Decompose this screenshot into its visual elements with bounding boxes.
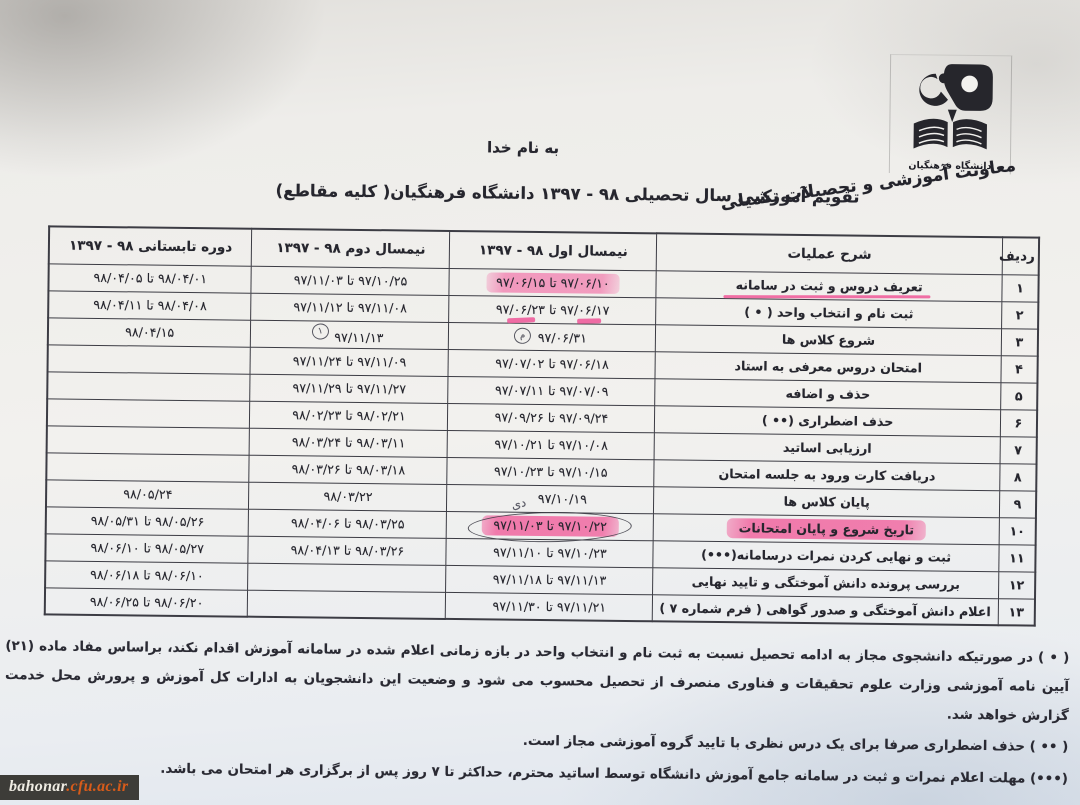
cell-operation: حذف اضطراری (•• ) <box>655 405 1001 436</box>
cell-semester2-dates: ۹۸/۰۳/۲۶ تا ۹۸/۰۴/۱۳ <box>248 536 446 565</box>
cell-summer-dates-text: ۹۸/۰۴/۱۵ <box>121 323 178 341</box>
cell-semester1-dates-text: ۹۷/۱۱/۱۳ تا ۹۷/۱۱/۱۸ <box>489 570 611 588</box>
cell-semester2-dates: ۹۸/۰۳/۲۵ تا ۹۸/۰۴/۰۶ <box>249 509 447 538</box>
header-summer: دوره تابستانی ۹۸ - ۱۳۹۷ <box>49 226 252 265</box>
watermark-domain: .cfu.ac.ir <box>66 778 128 795</box>
cell-semester2-dates: ۹۷/۱۱/۲۷ تا ۹۷/۱۱/۲۹ <box>250 374 448 403</box>
cell-summer-dates-text <box>145 389 153 391</box>
cell-semester2-dates-text: ۹۷/۱۱/۱۳ <box>330 328 387 346</box>
cell-operation: بررسی پرونده دانش آموختگی و تایید نهایی <box>653 567 999 598</box>
cell-row-no-text: ۶ <box>1010 414 1026 431</box>
site-watermark: bahonar.cfu.ac.ir <box>0 775 139 800</box>
cell-operation: پایان کلاس ها <box>654 486 1000 517</box>
cell-row-no: ۶ <box>1000 409 1037 436</box>
cell-operation: حذف و اضافه <box>655 378 1001 409</box>
cell-operation-text: ارزیابی اساتید <box>779 439 876 457</box>
cell-operation: شروع کلاس ها <box>656 324 1002 355</box>
cell-semester1-dates: ۹۷/۱۱/۱۳ تا ۹۷/۱۱/۱۸ <box>446 565 653 594</box>
header-semester1: نیمسال اول ۹۸ - ۱۳۹۷ <box>450 231 657 270</box>
cell-row-no: ۹ <box>999 490 1036 517</box>
cell-semester2-dates-text: ۹۸/۰۳/۲۲ <box>319 488 376 506</box>
footnotes: ( • ) در صورتیکه دانشجوی مجاز به ادامه ت… <box>4 633 1070 798</box>
cell-semester2-dates: ۹۸/۰۳/۱۱ تا ۹۸/۰۳/۲۴ <box>250 428 448 457</box>
cell-summer-dates-text <box>145 416 153 418</box>
cell-row-no-text: ۲ <box>1012 306 1028 323</box>
cell-row-no: ۵ <box>1001 382 1038 409</box>
scanned-document: دانشگاه فرهنگیان معاونت آموزشی و تحصیلات… <box>0 0 1080 805</box>
cell-semester1-dates-text: ۹۷/۰۶/۱۰ تا ۹۷/۰۶/۱۵ <box>486 272 620 294</box>
cell-semester2-dates: ۹۷/۱۱/۰۹ تا ۹۷/۱۱/۲۴ <box>250 347 448 376</box>
cell-summer-dates-text <box>145 362 153 364</box>
cell-operation-text: حذف و اضافه <box>782 385 875 403</box>
cell-semester2-dates-text: ۹۸/۰۳/۲۵ تا ۹۸/۰۴/۰۶ <box>287 514 409 532</box>
cell-summer-dates: ۹۸/۰۴/۱۵ <box>48 317 251 346</box>
cell-summer-dates-text <box>144 470 152 472</box>
cell-row-no-text: ۱ <box>1012 279 1028 296</box>
cell-summer-dates-text <box>144 443 152 445</box>
cell-row-no: ۱۱ <box>999 544 1036 571</box>
cell-semester1-dates: ۹۷/۱۰/۲۳ تا ۹۷/۱۱/۱۰ <box>446 538 653 567</box>
cell-semester2-dates <box>248 590 446 619</box>
cell-row-no-text: ۳ <box>1011 333 1027 350</box>
cell-row-no: ۱۳ <box>998 598 1035 625</box>
cell-row-no-text: ۷ <box>1010 441 1026 458</box>
cell-row-no: ۴ <box>1001 355 1038 382</box>
cell-summer-dates: ۹۸/۰۴/۰۸ تا ۹۸/۰۴/۱۱ <box>48 290 251 319</box>
cell-semester2-dates-text: ۹۷/۱۱/۰۹ تا ۹۷/۱۱/۲۴ <box>289 352 411 370</box>
cell-semester1-dates-text: ۹۷/۱۰/۰۸ تا ۹۷/۱۰/۲۱ <box>490 435 612 453</box>
cell-summer-dates: ۹۸/۰۵/۲۴ <box>46 479 249 508</box>
footnote-1: ( • ) در صورتیکه دانشجوی مجاز به ادامه ت… <box>5 633 1070 732</box>
cell-semester1-dates: ۹۷/۱۰/۰۸ تا ۹۷/۱۰/۲۱ <box>448 430 655 459</box>
cell-semester1-dates: ۹۷/۱۰/۱۵ تا ۹۷/۱۰/۲۳ <box>447 457 654 486</box>
cell-semester1-dates-text: ۹۷/۰۷/۰۹ تا ۹۷/۰۷/۱۱ <box>491 381 613 399</box>
cell-row-no-text: ۱۳ <box>1005 603 1029 620</box>
cell-row-no-text: ۵ <box>1011 387 1027 404</box>
cell-summer-dates <box>47 425 250 454</box>
cell-summer-dates: ۹۸/۰۴/۰۱ تا ۹۸/۰۴/۰۵ <box>48 263 251 292</box>
cell-summer-dates: ۹۸/۰۵/۲۷ تا ۹۸/۰۶/۱۰ <box>45 533 248 562</box>
cell-semester1-dates: ۹۷/۰۹/۲۴ تا ۹۷/۰۹/۲۶ <box>448 403 655 432</box>
cell-operation: امتحان دروس معرفی به استاد <box>655 351 1001 382</box>
cell-row-no-text: ۸ <box>1010 468 1026 485</box>
cell-row-no: ۱۰ <box>999 517 1036 544</box>
cell-semester1-dates: ۹۷/۰۶/۱۷ تا ۹۷/۰۶/۲۳ <box>449 295 656 324</box>
cell-semester1-dates: ۹۷/۰۶/۱۸ تا ۹۷/۰۷/۰۲ <box>448 349 655 378</box>
cell-operation: تعریف دروس و ثبت در سامانه <box>656 270 1002 301</box>
cell-operation-text: حذف اضطراری (•• ) <box>758 411 898 430</box>
cell-operation: دریافت کارت ورود به جلسه امتحان <box>654 459 1000 490</box>
cell-semester1-dates: ۹۷/۰۶/۱۰ تا ۹۷/۰۶/۱۵ <box>449 268 656 297</box>
cell-summer-dates <box>46 452 249 481</box>
cell-operation-text: امتحان دروس معرفی به استاد <box>730 357 926 376</box>
cell-operation: ارزیابی اساتید <box>654 432 1000 463</box>
cell-operation: ثبت نام و انتخاب واحد ( • ) <box>656 297 1002 328</box>
cell-summer-dates: ۹۸/۰۶/۲۰ تا ۹۸/۰۶/۲۵ <box>45 587 248 616</box>
cell-semester2-dates: ۹۸/۰۳/۲۲ <box>249 482 447 511</box>
cell-semester2-dates-text <box>343 580 351 582</box>
cell-summer-dates-text: ۹۸/۰۵/۲۷ تا ۹۸/۰۶/۱۰ <box>86 539 208 557</box>
cell-semester2-dates-text: ۹۸/۰۳/۱۸ تا ۹۸/۰۳/۲۶ <box>288 460 410 478</box>
cell-semester1-dates-text: ۹۷/۰۹/۲۴ تا ۹۷/۰۹/۲۶ <box>491 408 613 426</box>
cell-operation-text: تاریخ شروع و پایان امتحانات <box>727 518 927 540</box>
cell-row-no-text: ۱۲ <box>1005 576 1029 593</box>
cell-semester2-dates-text: ۹۸/۰۲/۲۱ تا ۹۸/۰۲/۲۳ <box>288 406 410 424</box>
cell-summer-dates-text: ۹۸/۰۴/۰۱ تا ۹۸/۰۴/۰۵ <box>89 269 211 287</box>
cell-semester1-dates-text: ۹۷/۱۰/۱۵ تا ۹۷/۱۰/۲۳ <box>490 462 612 480</box>
cell-row-no: ۸ <box>1000 463 1037 490</box>
cell-semester1-dates-text: ۹۷/۱۰/۲۳ تا ۹۷/۱۱/۱۰ <box>489 543 611 561</box>
cell-operation-text: شروع کلاس ها <box>778 331 879 349</box>
cell-row-no-text: ۴ <box>1011 360 1027 377</box>
cell-operation-text: پایان کلاس ها <box>780 493 874 511</box>
cell-semester1-dates-text: ۹۷/۰۶/۱۷ تا ۹۷/۰۶/۲۳ <box>492 300 614 318</box>
cell-operation-text: اعلام دانش آموختگی و صدور گواهی ( فرم شم… <box>655 599 994 620</box>
cell-semester2-dates-text: ۹۸/۰۳/۱۱ تا ۹۸/۰۳/۲۴ <box>288 433 410 451</box>
cell-semester2-dates: ۹۷/۱۰/۲۵ تا ۹۷/۱۱/۰۳ <box>251 266 449 295</box>
cell-semester1-dates: ۹۷/۱۰/۱۹دی <box>447 484 654 513</box>
header-row-no: ردیف <box>1002 237 1039 274</box>
cell-operation-text: دریافت کارت ورود به جلسه امتحان <box>715 465 940 485</box>
header-semester2: نیمسال دوم ۹۸ - ۱۳۹۷ <box>252 229 450 268</box>
cell-summer-dates-text: ۹۸/۰۶/۱۰ تا ۹۸/۰۶/۱۸ <box>86 566 208 584</box>
cell-operation: تاریخ شروع و پایان امتحانات <box>654 513 1000 544</box>
handwritten-annotation: م <box>513 326 532 345</box>
cell-row-no: ۷ <box>1000 436 1037 463</box>
cell-operation-text: ثبت نام و انتخاب واحد ( • ) <box>740 303 917 322</box>
cell-row-no-text: ۱۱ <box>1005 549 1029 566</box>
academic-calendar-table: ردیف شرح عملیات نیمسال اول ۹۸ - ۱۳۹۷ نیم… <box>44 225 1040 626</box>
cell-semester1-dates-text: ۹۷/۱۰/۱۹ <box>534 490 591 508</box>
cell-semester1-dates-text: ۹۷/۰۶/۱۸ تا ۹۷/۰۷/۰۲ <box>491 354 613 372</box>
cell-semester2-dates: ۹۸/۰۳/۱۸ تا ۹۸/۰۳/۲۶ <box>249 455 447 484</box>
cell-row-no-text: ۹ <box>1010 495 1026 512</box>
cell-operation: اعلام دانش آموختگی و صدور گواهی ( فرم شم… <box>653 594 999 625</box>
calendar-table-body: ۱تعریف دروس و ثبت در سامانه۹۷/۰۶/۱۰ تا ۹… <box>45 263 1039 625</box>
cell-operation: ثبت و نهایی کردن نمرات درسامانه(•••) <box>653 540 999 571</box>
cell-semester2-dates <box>248 563 446 592</box>
handwritten-annotation: ۱ <box>311 322 330 341</box>
cell-semester2-dates-text: ۹۷/۱۰/۲۵ تا ۹۷/۱۱/۰۳ <box>290 271 412 289</box>
cell-operation-text: بررسی پرونده دانش آموختگی و تایید نهایی <box>688 573 965 593</box>
cell-semester2-dates-text: ۹۷/۱۱/۰۸ تا ۹۷/۱۱/۱۲ <box>289 298 411 316</box>
cell-semester2-dates-text <box>343 607 351 609</box>
cell-semester2-dates: ۹۷/۱۱/۱۳۱ <box>251 320 449 349</box>
cell-summer-dates <box>47 371 250 400</box>
cell-summer-dates <box>47 398 250 427</box>
header-operation: شرح عملیات <box>657 233 1003 274</box>
cell-operation-text: ثبت و نهایی کردن نمرات درسامانه(•••) <box>697 546 955 566</box>
cell-row-no-text: ۱۰ <box>1005 522 1029 539</box>
cell-semester2-dates: ۹۸/۰۲/۲۱ تا ۹۸/۰۲/۲۳ <box>250 401 448 430</box>
cell-row-no: ۱۲ <box>998 571 1035 598</box>
cell-semester1-dates: ۹۷/۱۰/۲۲ تا ۹۷/۱۱/۰۳ <box>447 511 654 540</box>
cell-summer-dates: ۹۸/۰۵/۲۶ تا ۹۸/۰۵/۳۱ <box>46 506 249 535</box>
cell-semester2-dates-text: ۹۸/۰۳/۲۶ تا ۹۸/۰۴/۱۳ <box>287 541 409 559</box>
cell-summer-dates: ۹۸/۰۶/۱۰ تا ۹۸/۰۶/۱۸ <box>45 560 248 589</box>
cell-semester1-dates: ۹۷/۱۱/۲۱ تا ۹۷/۱۱/۳۰ <box>446 592 653 621</box>
cell-semester1-dates: ۹۷/۰۶/۳۱م <box>449 322 656 351</box>
cell-semester2-dates-text: ۹۷/۱۱/۲۷ تا ۹۷/۱۱/۲۹ <box>288 379 410 397</box>
cell-row-no: ۲ <box>1001 301 1038 328</box>
cell-summer-dates <box>48 344 251 373</box>
cell-semester2-dates: ۹۷/۱۱/۰۸ تا ۹۷/۱۱/۱۲ <box>251 293 449 322</box>
cell-semester1-dates-text: ۹۷/۱۰/۲۲ تا ۹۷/۱۱/۰۳ <box>481 515 619 537</box>
cell-summer-dates-text: ۹۸/۰۵/۲۴ <box>119 485 176 503</box>
cell-semester1-dates-text: ۹۷/۱۱/۲۱ تا ۹۷/۱۱/۳۰ <box>488 597 610 615</box>
cell-summer-dates-text: ۹۸/۰۴/۰۸ تا ۹۸/۰۴/۱۱ <box>89 296 211 314</box>
cell-row-no: ۱ <box>1002 274 1039 301</box>
document-sheet: دانشگاه فرهنگیان معاونت آموزشی و تحصیلات… <box>0 0 1080 805</box>
cell-summer-dates-text: ۹۸/۰۶/۲۰ تا ۹۸/۰۶/۲۵ <box>86 593 208 611</box>
cell-row-no: ۳ <box>1001 328 1038 355</box>
besmellah-text: به نام خدا <box>3 133 1043 163</box>
watermark-site-name: bahonar <box>9 778 66 795</box>
cell-semester1-dates-text: ۹۷/۰۶/۳۱ <box>534 328 591 346</box>
cell-summer-dates-text: ۹۸/۰۵/۲۶ تا ۹۸/۰۵/۳۱ <box>87 512 209 530</box>
cell-semester1-dates: ۹۷/۰۷/۰۹ تا ۹۷/۰۷/۱۱ <box>448 376 655 405</box>
handwritten-annotation: دی <box>510 495 528 512</box>
cell-operation-text: تعریف دروس و ثبت در سامانه <box>732 276 927 295</box>
